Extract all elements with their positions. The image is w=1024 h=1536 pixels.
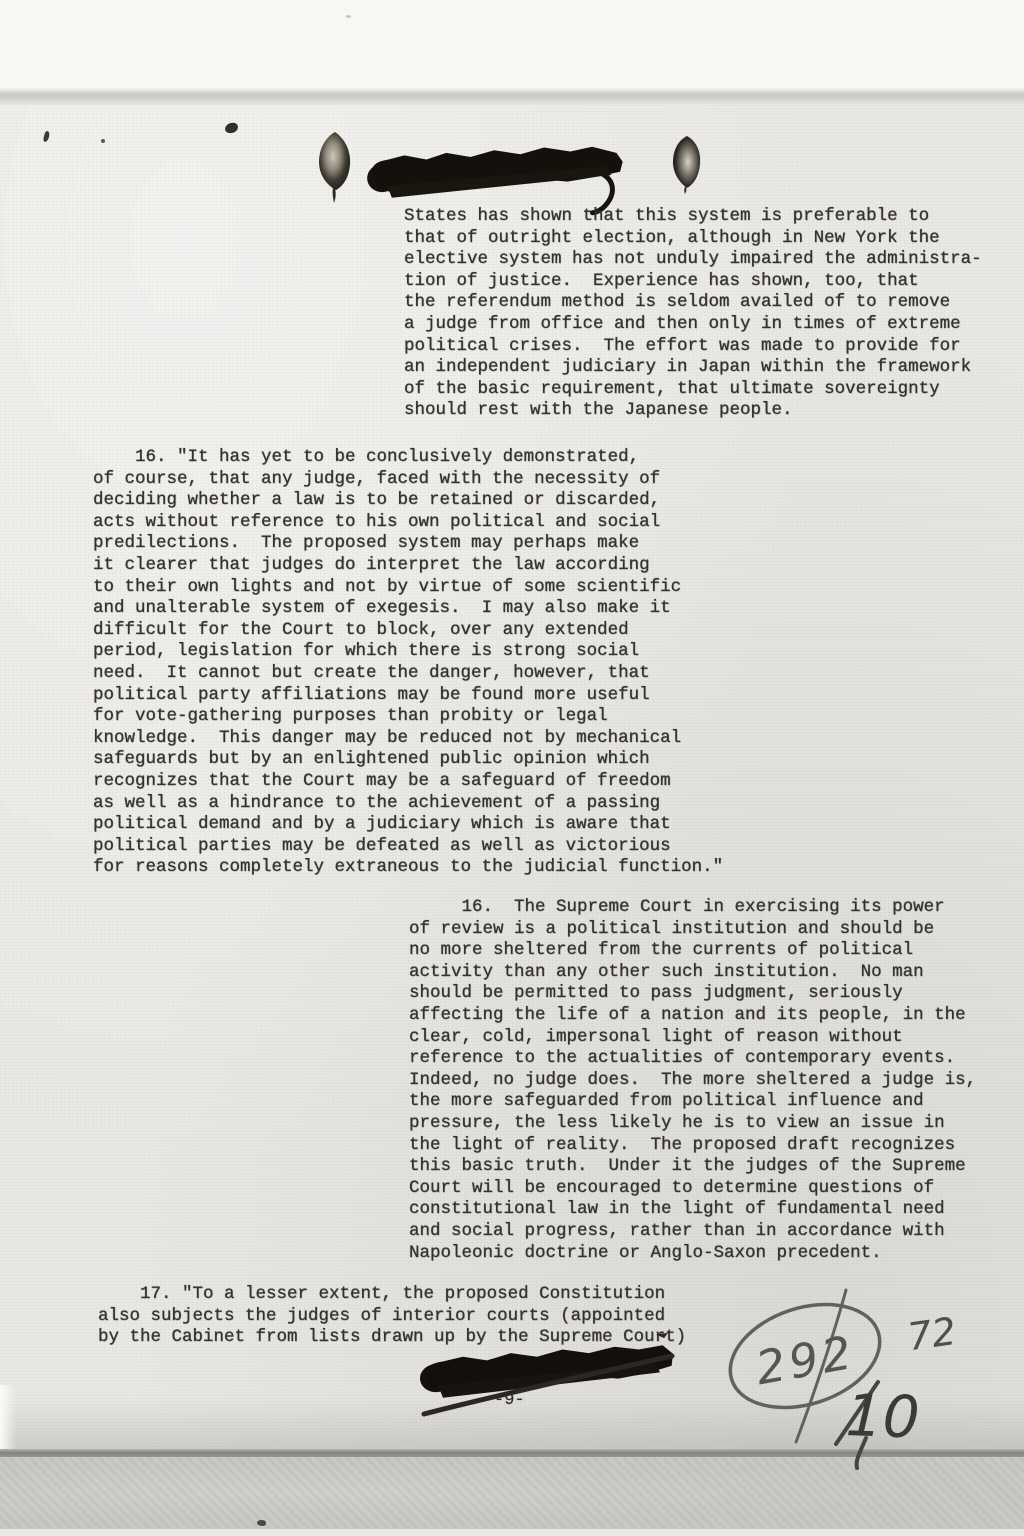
redacted-confidential-stamp-bottom: CONFIDENTIAL — [418, 1336, 688, 1428]
ink-blot-icon — [668, 134, 706, 194]
number-72: 72 — [905, 1309, 959, 1359]
number-10: 10 — [845, 1381, 921, 1452]
circled-number: 292 — [752, 1325, 860, 1396]
paragraph-16-quote: 16. "It has yet to be conclusively demon… — [93, 447, 753, 879]
paragraph-16-supreme-court: 16. The Supreme Court in exercising its … — [409, 897, 1009, 1264]
scanned-document-page: CONFIDENTIAL States has shown that this … — [0, 0, 1024, 1536]
ink-speck — [257, 1520, 266, 1526]
ink-blot-icon — [313, 130, 357, 204]
ink-speck — [101, 139, 105, 143]
handwritten-annotations: 292 72 10 — [726, 1282, 1024, 1468]
scan-bottom-strip — [0, 1529, 1024, 1536]
page-top-edge-shadow — [0, 88, 1024, 105]
paragraph-states-system: States has shown that this system is pre… — [404, 206, 1004, 422]
ink-speck — [346, 15, 351, 18]
page-left-edge-highlight — [0, 1385, 16, 1450]
scan-top-margin — [0, 0, 1024, 88]
